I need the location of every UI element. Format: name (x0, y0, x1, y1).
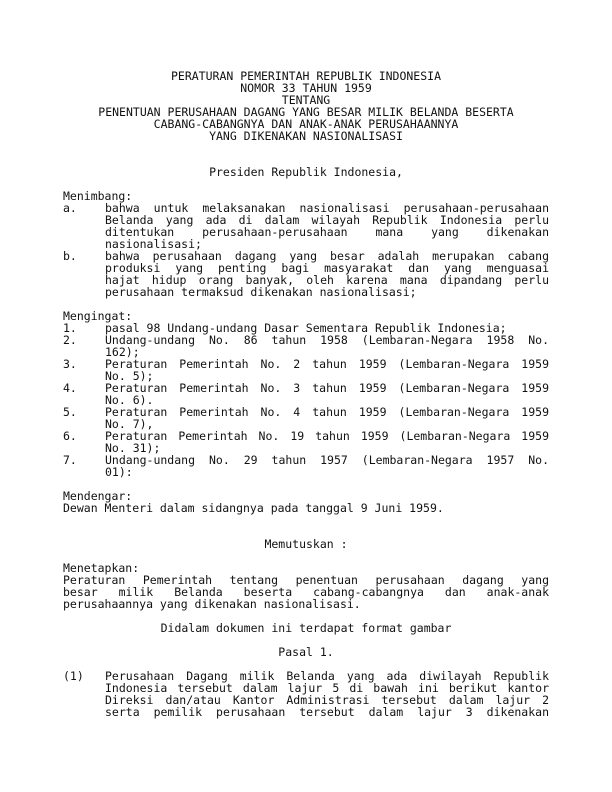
text-line: Undang-undang No. 29 tahun 1957 (Lembara… (105, 454, 549, 466)
text-line: Peraturan Pemerintah No. 2 tahun 1959 (L… (105, 358, 549, 370)
image-format-notice: Didalam dokumen ini terdapat format gamb… (63, 622, 549, 634)
spacer (63, 178, 549, 190)
list-item: 4. Peraturan Pemerintah No. 3 tahun 1959… (63, 382, 549, 406)
list-item: a. bahwa untuk melaksanakan nasionalisas… (63, 202, 549, 250)
text-line: Undang-undang No. 86 tahun 1958 (Lembara… (105, 334, 549, 346)
section-menetapkan: Menetapkan: Peraturan Pemerintah tentang… (63, 562, 549, 610)
text-line: perusahaan termaksud dikenakan nasionali… (105, 286, 549, 298)
item-marker: 6. (63, 430, 77, 442)
section-pasal-1: (1) Perusahaan Dagang milik Belanda yang… (63, 670, 549, 718)
text-line: Peraturan Pemerintah No. 3 tahun 1959 (L… (105, 382, 549, 394)
text-line: Peraturan Pemerintah No. 4 tahun 1959 (L… (105, 406, 549, 418)
memutuskan-heading: Memutuskan : (63, 538, 549, 550)
spacer (63, 514, 549, 538)
text-line: Dewan Menteri dalam sidangnya pada tangg… (63, 502, 549, 514)
list-item: 6. Peraturan Pemerintah No. 19 tahun 195… (63, 430, 549, 454)
section-mengingat: Mengingat: 1. pasal 98 Undang-undang Das… (63, 310, 549, 478)
text-line: serta pemilik perusahaan tersebut dalam … (105, 706, 549, 718)
document-page: PERATURAN PEMERINTAH REPUBLIK INDONESIA … (0, 0, 612, 792)
list-item: (1) Perusahaan Dagang milik Belanda yang… (63, 670, 549, 718)
list-item: 5. Peraturan Pemerintah No. 4 tahun 1959… (63, 406, 549, 430)
item-marker: (1) (63, 670, 84, 682)
spacer (63, 298, 549, 310)
text-line: perusahaannya yang dikenakan nasionalisa… (63, 598, 549, 610)
list-item: 7. Undang-undang No. 29 tahun 1957 (Lemb… (63, 454, 549, 478)
item-marker: 5. (63, 406, 77, 418)
item-marker: 2. (63, 334, 77, 346)
pasal-heading: Pasal 1. (63, 646, 549, 658)
item-marker: b. (63, 250, 77, 262)
item-marker: 4. (63, 382, 77, 394)
section-mendengar: Mendengar: Dewan Menteri dalam sidangnya… (63, 490, 549, 514)
item-marker: 7. (63, 454, 77, 466)
title-line: YANG DIKENAKAN NASIONALISASI (63, 130, 549, 142)
spacer (63, 142, 549, 166)
salutation: Presiden Republik Indonesia, (63, 166, 549, 178)
list-item: 3. Peraturan Pemerintah No. 2 tahun 1959… (63, 358, 549, 382)
document-title: PERATURAN PEMERINTAH REPUBLIK INDONESIA … (63, 70, 549, 142)
item-marker: a. (63, 202, 77, 214)
section-menimbang: Menimbang: a. bahwa untuk melaksanakan n… (63, 190, 549, 298)
text-line: 01): (105, 466, 549, 478)
spacer (63, 478, 549, 490)
text-line: Peraturan Pemerintah No. 19 tahun 1959 (… (105, 430, 549, 442)
list-item: b. bahwa perusahaan dagang yang besar ad… (63, 250, 549, 298)
list-item: 2. Undang-undang No. 86 tahun 1958 (Lemb… (63, 334, 549, 358)
item-marker: 3. (63, 358, 77, 370)
